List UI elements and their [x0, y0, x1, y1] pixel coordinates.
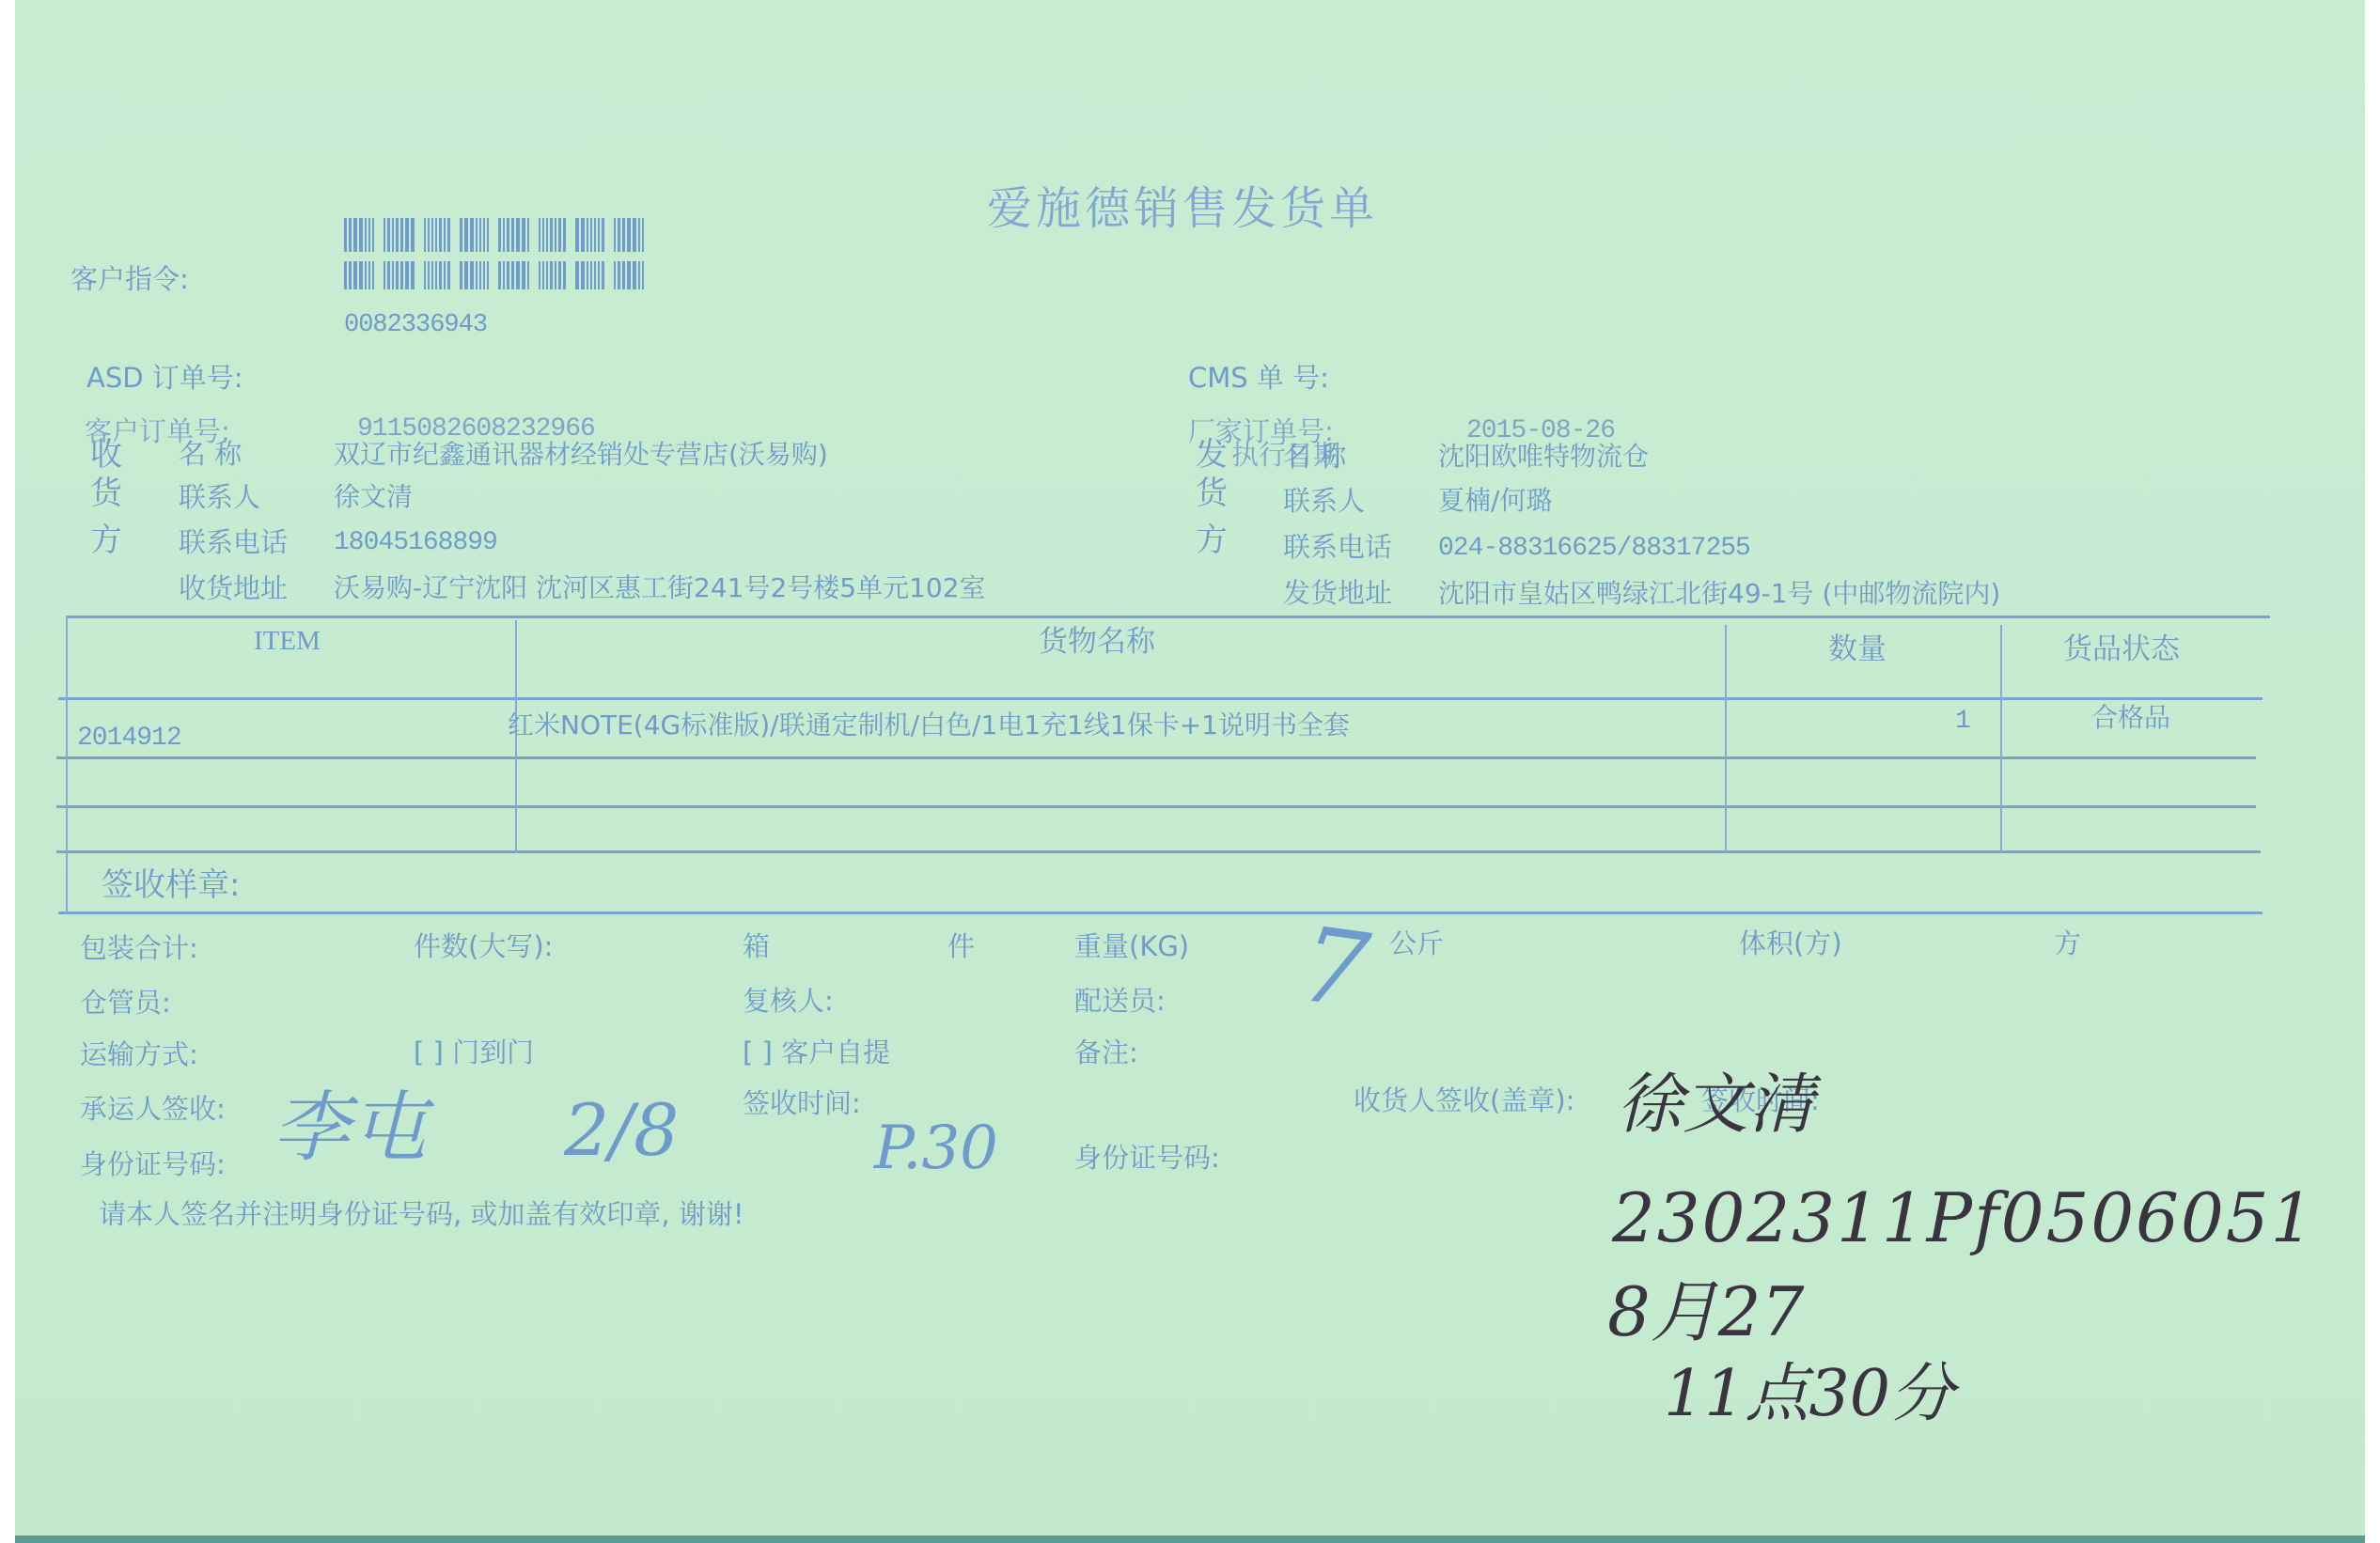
consignee-signature: 徐文清 — [1617, 1071, 1814, 1137]
cms-number-label: CMS 单 号: — [1188, 365, 1329, 392]
column-header-name: 货物名称 — [1039, 628, 1155, 657]
signature-stamp-label: 签收样章: — [102, 869, 240, 901]
shipper-contact: 夏楠/何璐 — [1438, 488, 1552, 514]
carrier-time-handwritten: P.30 — [874, 1118, 998, 1178]
shipper-side-label: 方 — [1196, 524, 1228, 556]
shipper-side-label: 货 — [1196, 477, 1228, 509]
shipper-contact-label: 联系人 — [1283, 488, 1365, 515]
receiver-phone-label: 联系电话 — [179, 529, 288, 556]
item-code: 2014912 — [77, 725, 181, 752]
shipper-phone-label: 联系电话 — [1283, 534, 1392, 561]
consignee-date-handwritten: 8月27 — [1607, 1278, 1804, 1346]
column-header-item: ITEM — [254, 628, 321, 655]
receiver-side-label: 方 — [90, 524, 122, 556]
box-label: 箱 — [743, 933, 770, 960]
shipper-name-label: 名 称 — [1283, 444, 1346, 471]
shipper-name: 沈阳欧唯特物流仓 — [1438, 444, 1649, 470]
piece-count-label: 件数(大写): — [414, 933, 553, 960]
carrier-sign-time-label: 签收时间: — [743, 1090, 861, 1117]
table-column-divider — [1725, 625, 1727, 853]
receiver-address: 沃易购-辽宁沈阳 沈河区惠工街241号2号楼5单元102室 — [334, 575, 986, 601]
table-row-divider — [56, 756, 2256, 759]
volume-label: 体积(方) — [1739, 930, 1842, 958]
barcode-icon — [344, 261, 651, 289]
package-total-label: 包装合计: — [80, 935, 198, 962]
shipper-address: 沈阳市皇姑区鸭绿江北街49-1号 (中邮物流院内) — [1438, 581, 2000, 607]
table-row-divider — [56, 850, 2261, 853]
door-to-door-checkbox[interactable]: [ ] 门到门 — [414, 1039, 534, 1067]
receiver-contact-label: 联系人 — [179, 484, 260, 511]
shipper-side-label: 发 — [1196, 439, 1228, 471]
column-header-quantity: 数量 — [1828, 635, 1887, 664]
item-quantity: 1 — [1955, 709, 1970, 735]
column-header-status: 货品状态 — [2063, 635, 2180, 664]
consignee-time-handwritten: 11点30分 — [1664, 1363, 1954, 1426]
piece-label: 件 — [947, 933, 975, 960]
remark-label: 备注: — [1074, 1039, 1138, 1067]
carrier-sign-label: 承运人签收: — [80, 1096, 226, 1123]
item-status: 合格品 — [2091, 705, 2170, 731]
barcode-number: 0082336943 — [344, 313, 487, 338]
volume-unit: 方 — [2054, 930, 2081, 958]
courier-label: 配送员: — [1074, 988, 1166, 1015]
carrier-date-handwritten: 2/8 — [564, 1095, 679, 1166]
consignee-id-handwritten: 2302311Pf0506051 — [1612, 1184, 2315, 1252]
carrier-id-label: 身份证号码: — [80, 1151, 226, 1178]
weight-label: 重量(KG) — [1074, 933, 1189, 960]
asd-order-label: ASD 订单号: — [86, 365, 243, 392]
consignee-sign-label: 收货人签收(盖章): — [1354, 1087, 1574, 1114]
self-pickup-checkbox[interactable]: [ ] 客户自提 — [743, 1039, 890, 1067]
signature-notice: 请本人签名并注明身份证号码, 或加盖有效印章, 谢谢! — [99, 1201, 744, 1228]
receiver-phone: 18045168899 — [334, 530, 497, 556]
consignee-id-label: 身份证号码: — [1074, 1145, 1220, 1172]
warehouse-keeper-label: 仓管员: — [80, 990, 171, 1017]
receiver-address-label: 收货地址 — [179, 575, 288, 602]
reviewer-label: 复核人: — [743, 988, 834, 1015]
table-column-divider — [2000, 625, 2002, 853]
receiver-side-label: 收 — [90, 439, 122, 471]
weight-unit: 公斤 — [1389, 930, 1444, 958]
table-header-divider — [58, 697, 2263, 700]
table-border-left — [66, 616, 68, 914]
barcode-icon — [344, 218, 651, 252]
customer-instruction-label: 客户指令: — [70, 266, 189, 293]
table-row-divider — [56, 805, 2256, 808]
shipper-phone: 024-88316625/88317255 — [1438, 536, 1750, 562]
item-name: 红米NOTE(4G标准版)/联通定制机/白色/1电1充1线1保卡+1说明书全套 — [508, 712, 1350, 739]
carrier-signature: 李屯 — [273, 1090, 427, 1167]
receiver-name: 双辽市纪鑫通讯器材经销处专营店(沃易购) — [334, 442, 828, 468]
receiver-contact: 徐文清 — [334, 484, 413, 510]
document-title: 爱施德销售发货单 — [987, 186, 1378, 231]
receiver-side-label: 货 — [90, 477, 122, 509]
shipper-address-label: 发货地址 — [1283, 580, 1392, 607]
table-border-top — [66, 616, 2270, 618]
transport-method-label: 运输方式: — [80, 1041, 198, 1068]
receiver-name-label: 名 称 — [179, 441, 242, 468]
table-border-bottom — [58, 912, 2263, 914]
